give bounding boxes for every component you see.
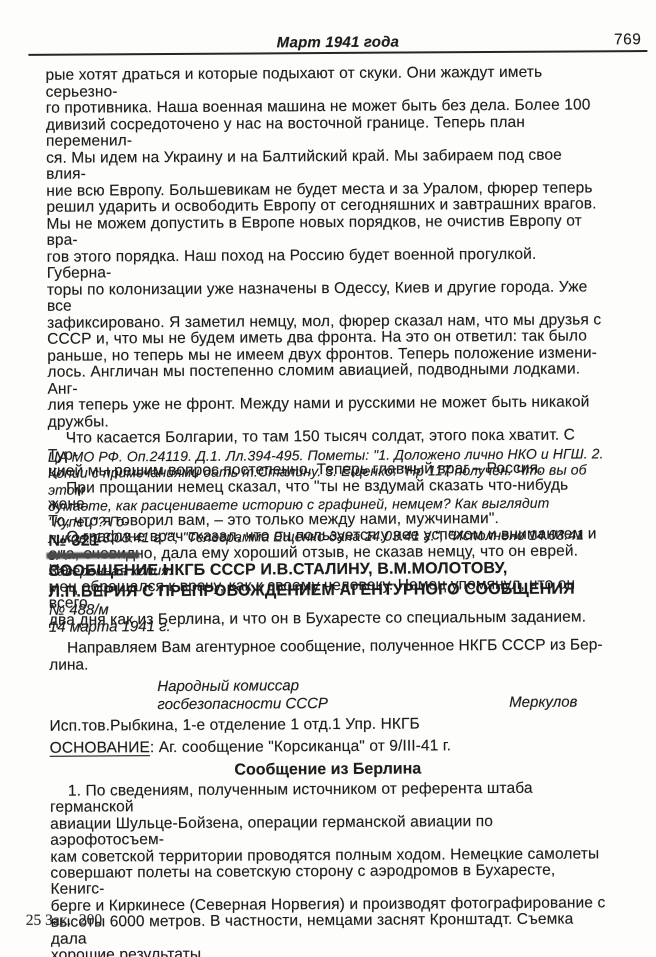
ink-smudge-bar: [46, 552, 139, 559]
print-run-note: 25 Зак. 200: [26, 911, 103, 929]
running-title: Март 1941 года: [28, 32, 647, 53]
document-date: 14 марта 1941 г.: [49, 615, 605, 635]
page-content: Март 1941 года 769 рые хотят драться и к…: [0, 0, 656, 957]
executor-line: Исп.тов.Рыбкина, 1-е отделение 1 отд.1 У…: [49, 714, 605, 735]
message-paragraph: 1. По сведениям, полученным источником о…: [50, 780, 607, 957]
forwarding-paragraph: Направляем Вам агентурное сообщение, пол…: [49, 637, 605, 674]
document-ref-block: № 488/м 14 марта 1941 г.: [49, 598, 605, 635]
document-number: № 321: [48, 529, 604, 550]
signature-block: Народный комиссар госбезопасности СССР М…: [49, 675, 605, 713]
basis-label: ОСНОВАНИЕ: [50, 739, 150, 757]
page-header: Март 1941 года 769: [28, 25, 647, 56]
basis-text: : Аг. сообщение "Корсиканца" от 9/III-41…: [150, 737, 451, 756]
body-paragraph: рые хотят драться и которые подыхают от …: [45, 64, 603, 430]
signatory-name: Меркулов: [509, 693, 577, 710]
scanned-book-page: Март 1941 года 769 рые хотят драться и к…: [0, 0, 656, 957]
page-number: 769: [614, 31, 641, 49]
message-heading: Сообщение из Берлина: [50, 759, 606, 780]
document-title: СООБЩЕНИЕ НКГБ СССР И.В.СТАЛИНУ, В.М.МОЛ…: [49, 558, 605, 602]
basis-line: ОСНОВАНИЕ: Аг. сообщение "Корсиканца" от…: [50, 736, 606, 757]
